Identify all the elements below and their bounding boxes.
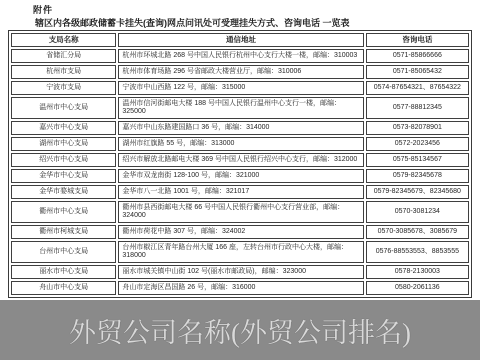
table-body: 省储汇分局 杭州市环城北路 268 号中国人民银行杭州中心支行大楼一楼，邮编：3…	[11, 49, 469, 295]
table-row: 丽水市中心支局 丽水市城关镇中山街 102 号(丽水市邮政局)，邮编：32300…	[11, 265, 469, 279]
address-cell: 杭州市环城北路 268 号中国人民银行杭州中心支行大楼一楼，邮编：310003	[118, 49, 363, 63]
phone-cell: 0574-87654321、87654322	[366, 81, 469, 95]
branch-name-cell: 丽水市中心支局	[11, 265, 116, 279]
phone-cell: 0573-82078901	[366, 121, 469, 135]
address-cell: 衢州市县西街邮电大楼 66 号中国人民银行衢州中心支行营业部，邮编：324000	[118, 201, 363, 223]
branch-name-cell: 宁波市支局	[11, 81, 116, 95]
branch-name-cell: 舟山市中心支局	[11, 281, 116, 295]
table-row: 绍兴市中心支局 绍兴市解放北路邮电大楼 369 号中国人民银行绍兴中心支行，邮编…	[11, 153, 469, 167]
address-cell: 舟山市定海区昌国路 26 号，邮编：316000	[118, 281, 363, 295]
table-row: 金华市婺城支局 金华市八一北路 1001 号，邮编：321017 0579-82…	[11, 185, 469, 199]
table-row: 衢州市柯城支局 衢州市荷花中路 307 号，邮编：324002 0570-308…	[11, 225, 469, 239]
phone-cell: 0571-85866666	[366, 49, 469, 63]
branch-name-cell: 衢州市中心支局	[11, 201, 116, 223]
attachment-label: 附件	[33, 3, 53, 16]
address-cell: 嘉兴市中山东路建国路口 36 号，邮编：314000	[118, 121, 363, 135]
phone-cell: 0579-82345678	[366, 169, 469, 183]
address-cell: 丽水市城关镇中山街 102 号(丽水市邮政局)，邮编：323000	[118, 265, 363, 279]
phone-cell: 0572-2023456	[366, 137, 469, 151]
phone-cell: 0575-85134567	[366, 153, 469, 167]
branch-name-cell: 金华市婺城支局	[11, 185, 116, 199]
address-cell: 宁波市中山西路 122 号，邮编：315000	[118, 81, 363, 95]
address-cell: 湖州市红旗路 55 号，邮编：313000	[118, 137, 363, 151]
address-cell: 温州市信河街邮电大楼 188 号中国人民银行温州中心支行一楼，邮编：325000	[118, 97, 363, 119]
branch-name-cell: 绍兴市中心支局	[11, 153, 116, 167]
phone-cell: 0578-2130003	[366, 265, 469, 279]
table-header-row: 支局名称 通信地址 咨询电话	[11, 33, 469, 47]
branch-name-cell: 金华市中心支局	[11, 169, 116, 183]
table-row: 杭州市支局 杭州市体育场路 296 号省邮政大楼营业厅，邮编：310006 05…	[11, 65, 469, 79]
table-row: 嘉兴市中心支局 嘉兴市中山东路建国路口 36 号，邮编：314000 0573-…	[11, 121, 469, 135]
address-cell: 台州市椒江区青年路台州大厦 166 座，左转台州市行政中心大楼，邮编：31800…	[118, 241, 363, 263]
branch-name-cell: 嘉兴市中心支局	[11, 121, 116, 135]
table-row: 衢州市中心支局 衢州市县西街邮电大楼 66 号中国人民银行衢州中心支行营业部，邮…	[11, 201, 469, 223]
table-row: 台州市中心支局 台州市椒江区青年路台州大厦 166 座，左转台州市行政中心大楼，…	[11, 241, 469, 263]
branch-name-cell: 湖州市中心支局	[11, 137, 116, 151]
branch-name-cell: 台州市中心支局	[11, 241, 116, 263]
phone-cell: 0577-88812345	[366, 97, 469, 119]
document-title: 辖区内各级邮政储蓄卡挂失(查询)网点问讯处可受理挂失方式、咨询电话 一览表	[35, 16, 455, 29]
phone-cell: 0580-2061136	[366, 281, 469, 295]
phone-cell: 0570-3085678、3085679	[366, 225, 469, 239]
phone-cell: 0579-82345679、82345680	[366, 185, 469, 199]
branch-table: 支局名称 通信地址 咨询电话 省储汇分局 杭州市环城北路 268 号中国人民银行…	[8, 30, 472, 298]
address-cell: 金华市双龙南街 128-100 号，邮编：321000	[118, 169, 363, 183]
table-row: 宁波市支局 宁波市中山西路 122 号，邮编：315000 0574-87654…	[11, 81, 469, 95]
header-branch-name: 支局名称	[11, 33, 116, 47]
branch-name-cell: 省储汇分局	[11, 49, 116, 63]
table-row: 温州市中心支局 温州市信河街邮电大楼 188 号中国人民银行温州中心支行一楼，邮…	[11, 97, 469, 119]
address-cell: 衢州市荷花中路 307 号，邮编：324002	[118, 225, 363, 239]
header-phone: 咨询电话	[366, 33, 469, 47]
phone-cell: 0570-3081234	[366, 201, 469, 223]
table-row: 金华市中心支局 金华市双龙南街 128-100 号，邮编：321000 0579…	[11, 169, 469, 183]
branch-name-cell: 杭州市支局	[11, 65, 116, 79]
address-cell: 杭州市体育场路 296 号省邮政大楼营业厅，邮编：310006	[118, 65, 363, 79]
table-row: 湖州市中心支局 湖州市红旗路 55 号，邮编：313000 0572-20234…	[11, 137, 469, 151]
header-address: 通信地址	[118, 33, 363, 47]
watermark-overlay: 外贸公司名称(外贸公司排名)	[0, 300, 480, 360]
address-cell: 绍兴市解放北路邮电大楼 369 号中国人民银行绍兴中心支行，邮编：312000	[118, 153, 363, 167]
branch-name-cell: 衢州市柯城支局	[11, 225, 116, 239]
address-cell: 金华市八一北路 1001 号，邮编：321017	[118, 185, 363, 199]
table-row: 省储汇分局 杭州市环城北路 268 号中国人民银行杭州中心支行大楼一楼，邮编：3…	[11, 49, 469, 63]
phone-cell: 0576-88553553、8853555	[366, 241, 469, 263]
table-row: 舟山市中心支局 舟山市定海区昌国路 26 号，邮编：316000 0580-20…	[11, 281, 469, 295]
phone-cell: 0571-85065432	[366, 65, 469, 79]
branch-name-cell: 温州市中心支局	[11, 97, 116, 119]
watermark-caption: 外贸公司名称(外贸公司排名)	[69, 311, 411, 350]
